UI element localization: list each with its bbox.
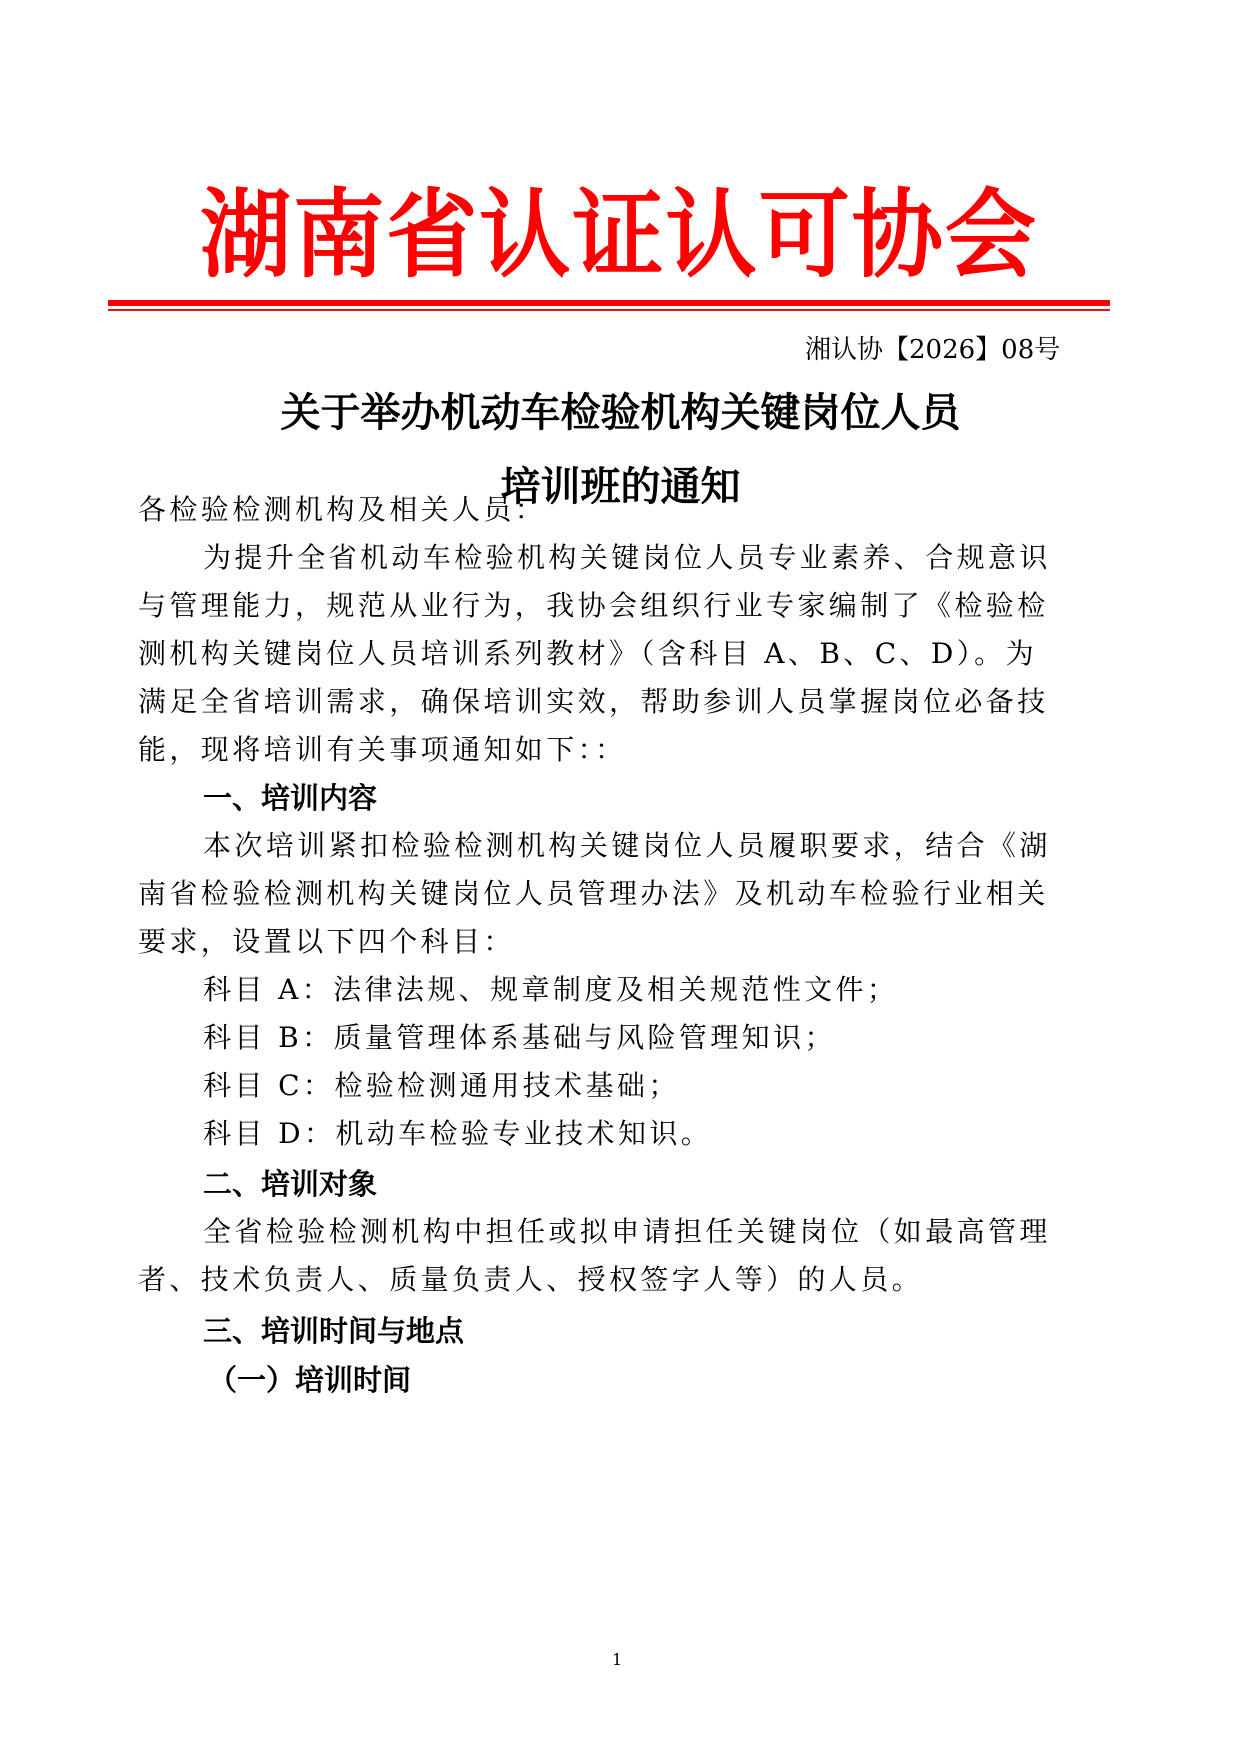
section-paragraph-line: 要求，设置以下四个科目： xyxy=(138,922,515,962)
section-heading-time-and-place: 三、培训时间与地点 xyxy=(203,1311,464,1351)
document-number: 湘认协【2026】08号 xyxy=(805,332,1060,368)
letterhead-rule-thin xyxy=(108,309,1110,311)
section-paragraph-line: 者、技术负责人、质量负责人、授权签字人等）的人员。 xyxy=(138,1260,923,1300)
section-paragraph-line: 全省检验检测机构中担任或拟申请担任关键岗位（如最高管理 xyxy=(203,1212,1051,1252)
intro-paragraph-line: 能，现将培训有关事项通知如下：： xyxy=(138,730,626,770)
intro-paragraph-line: 与管理能力，规范从业行为，我协会组织行业专家编制了《检验检 xyxy=(138,586,1049,626)
section-paragraph-line: 本次培训紧扣检验检测机构关键岗位人员履职要求，结合《湖 xyxy=(203,826,1051,866)
salutation: 各检验检测机构及相关人员： xyxy=(138,490,546,530)
section-heading-training-content: 一、培训内容 xyxy=(203,778,377,818)
intro-paragraph-line: 测机构关键岗位人员培训系列教材》（含科目 A、B、C、D）。为 xyxy=(138,634,1037,674)
subject-item-a: 科目 A：法律法规、规章制度及相关规范性文件； xyxy=(203,970,898,1010)
section-paragraph-line: 南省检验检测机构关键岗位人员管理办法》及机动车检验行业相关 xyxy=(138,874,1049,914)
page-number: 1 xyxy=(612,1650,622,1670)
intro-paragraph-line: 为提升全省机动车检验机构关键岗位人员专业素养、合规意识 xyxy=(203,538,1051,578)
intro-paragraph-line: 满足全省培训需求，确保培训实效，帮助参训人员掌握岗位必备技 xyxy=(138,682,1049,722)
subject-item-d: 科目 D：机动车检验专业技术知识。 xyxy=(203,1114,712,1154)
organization-letterhead: 湖南省认证认可协会 xyxy=(200,180,1017,290)
subject-item-c: 科目 C：检验检测通用技术基础； xyxy=(203,1066,680,1106)
subheading-training-time: （一）培训时间 xyxy=(208,1360,411,1400)
section-heading-training-target: 二、培训对象 xyxy=(203,1164,377,1204)
letterhead-rule-thick xyxy=(108,300,1110,306)
document-title-line-1: 关于举办机动车检验机构关键岗位人员 xyxy=(0,388,1241,438)
subject-item-b: 科目 B：质量管理体系基础与风险管理知识； xyxy=(203,1018,836,1058)
